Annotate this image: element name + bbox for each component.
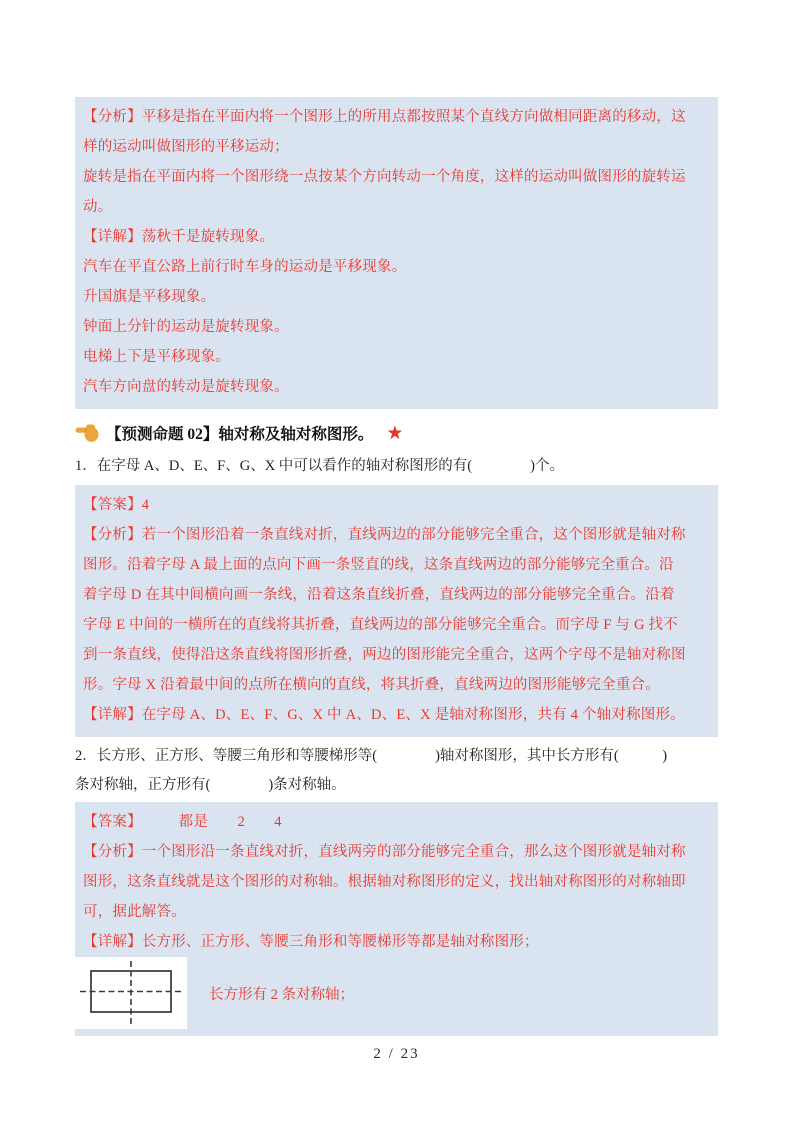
text-line: 升国旗是平移现象。 bbox=[83, 282, 710, 312]
text-line: 电梯上下是平移现象。 bbox=[83, 342, 710, 372]
rectangle-figure-svg bbox=[75, 957, 187, 1029]
analysis-answer-block-1: 【分析】平移是指在平面内将一个图形上的所用点都按照某个直线方向做相同距离的移动，… bbox=[75, 97, 718, 409]
text-line: 【详解】长方形、正方形、等腰三角形和等腰梯形等都是轴对称图形； bbox=[83, 927, 710, 957]
text-line: 到一条直线，使得沿这条直线将图形折叠，两边的图形能完全重合，这两个字母不是轴对称… bbox=[83, 640, 710, 670]
answer-line: 【答案】4 bbox=[83, 490, 710, 520]
text-line: 【详解】荡秋千是旋转现象。 bbox=[83, 222, 710, 252]
text-line: 汽车方向盘的转动是旋转现象。 bbox=[83, 372, 710, 402]
document-page: 【分析】平移是指在平面内将一个图形上的所用点都按照某个直线方向做相同距离的移动，… bbox=[0, 0, 793, 1122]
section-heading-text: 【预测命题 02】轴对称及轴对称图形。 bbox=[106, 422, 373, 444]
answer-line: 【答案】 都是 2 4 bbox=[83, 807, 710, 837]
answer-block-question-1: 【答案】4 【分析】若一个图形沿着一条直线对折，直线两边的部分能够完全重合，这个… bbox=[75, 485, 718, 737]
text-line: 图形。沿着字母 A 最上面的点向下画一条竖直的线，这条直线两边的部分能够完全重合… bbox=[83, 550, 710, 580]
answer-block-question-2: 【答案】 都是 2 4 【分析】一个图形沿一条直线对折，直线两旁的部分能够完全重… bbox=[75, 802, 718, 1036]
figure-caption: 长方形有 2 条对称轴； bbox=[209, 983, 354, 1004]
text-line: 旋转是指在平面内将一个图形绕一点按某个方向转动一个角度，这样的运动叫做图形的旋转… bbox=[83, 162, 710, 192]
text-line: 形。字母 X 沿着最中间的点所在横向的直线，将其折叠，直线两边的图形能够完全重合… bbox=[83, 670, 710, 700]
text-line: 【详解】在字母 A、D、E、F、G、X 中 A、D、E、X 是轴对称图形，共有 … bbox=[83, 700, 710, 730]
question-1: 1．在字母 A、D、E、F、G、X 中可以看作的轴对称图形的有( )个。 bbox=[75, 452, 718, 480]
text-line: 【分析】一个图形沿一条直线对折，直线两旁的部分能够完全重合，那么这个图形就是轴对… bbox=[83, 837, 710, 867]
section-heading: 【预测命题 02】轴对称及轴对称图形。 ★ bbox=[75, 418, 718, 448]
text-line: 图形，这条直线就是这个图形的对称轴。根据轴对称图形的定义，找出轴对称图形的对称轴… bbox=[83, 867, 710, 897]
star-icon: ★ bbox=[386, 424, 403, 443]
text-line: 字母 E 中间的一横所在的直线将其折叠，直线两边的部分能够完全重合。而字母 F … bbox=[83, 610, 710, 640]
text-line: 着字母 D 在其中间横向画一条线，沿着这条直线折叠，直线两边的部分能够完全重合。… bbox=[83, 580, 710, 610]
rectangle-symmetry-figure-row: 长方形有 2 条对称轴； bbox=[75, 957, 710, 1029]
question-2: 2．长方形、正方形、等腰三角形和等腰梯形等( )轴对称图形，其中长方形有( ) … bbox=[75, 742, 718, 800]
rectangle-symmetry-figure bbox=[75, 957, 187, 1029]
text-line: 样的运动叫做图形的平移运动； bbox=[83, 132, 710, 162]
text-line: 【分析】若一个图形沿着一条直线对折，直线两边的部分能够完全重合，这个图形就是轴对… bbox=[83, 520, 710, 550]
question-2-line: 条对称轴，正方形有( )条对称轴。 bbox=[75, 771, 718, 800]
text-line: 【分析】平移是指在平面内将一个图形上的所用点都按照某个直线方向做相同距离的移动，… bbox=[83, 102, 710, 132]
page-content: 【分析】平移是指在平面内将一个图形上的所用点都按照某个直线方向做相同距离的移动，… bbox=[75, 0, 718, 1036]
question-2-line: 2．长方形、正方形、等腰三角形和等腰梯形等( )轴对称图形，其中长方形有( ) bbox=[75, 742, 718, 771]
text-line: 汽车在平直公路上前行时车身的运动是平移现象。 bbox=[83, 252, 710, 282]
text-line: 钟面上分针的运动是旋转现象。 bbox=[83, 312, 710, 342]
pointing-hand-icon bbox=[75, 423, 99, 443]
page-number: 2 / 23 bbox=[0, 1046, 793, 1063]
text-line: 可，据此解答。 bbox=[83, 897, 710, 927]
text-line: 动。 bbox=[83, 192, 710, 222]
